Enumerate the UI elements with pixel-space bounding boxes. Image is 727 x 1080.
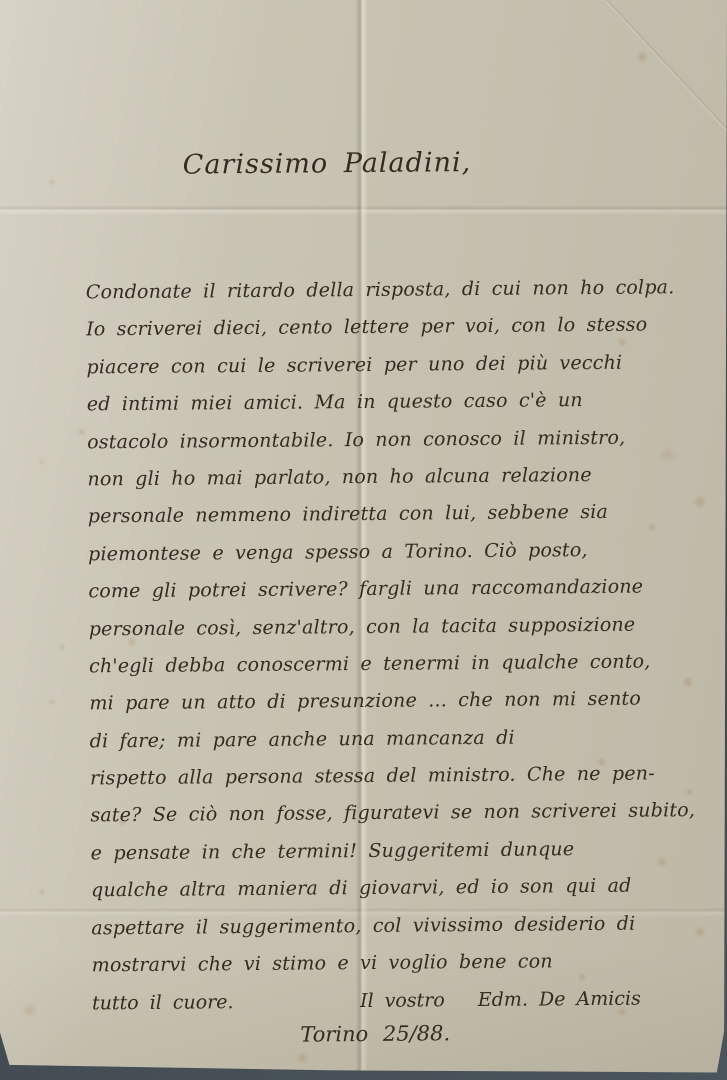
letter-line: personale nemmeno indiretta con lui, seb… <box>88 493 704 536</box>
letter-line: piemontese e venga spesso a Torino. Ciò … <box>88 531 704 574</box>
letter-line: aspettare il suggerimento, col vivissimo… <box>91 905 707 948</box>
letter-line: piacere con cui le scriverei per uno dei… <box>86 344 702 387</box>
letter-line: e pensate in che termini! Suggeritemi du… <box>91 830 707 873</box>
handwritten-letter: Carissimo Paladini, Condonate il ritardo… <box>0 0 727 1080</box>
letter-line: mostrarvi che vi stimo e vi voglio bene … <box>92 942 708 985</box>
letter-line: come gli potrei scrivere? fargli una rac… <box>88 568 704 611</box>
letter-line: non gli ho mai parlato, non ho alcuna re… <box>87 456 703 499</box>
letter-line: Condonate il ritardo della risposta, di … <box>86 269 702 312</box>
signature: Il vostro Edm. De Amicis <box>360 981 641 1020</box>
letter-line: sate? Se ciò non fosse, figuratevi se no… <box>90 792 706 835</box>
place-and-date: Torino 25/88. <box>300 1021 450 1046</box>
salutation: Carissimo Paladini, <box>183 147 472 181</box>
letter-line: ch'egli debba conoscermi e tenermi in qu… <box>89 643 705 686</box>
letter-line: Io scriverei dieci, cento lettere per vo… <box>86 306 702 349</box>
letter-line: ed intimi miei amici. Ma in questo caso … <box>87 381 703 424</box>
closing-text: tutto il cuore. <box>92 991 234 1014</box>
letter-line: rispetto alla persona stessa del ministr… <box>90 755 706 798</box>
letter-photograph: Carissimo Paladini, Condonate il ritardo… <box>0 0 727 1080</box>
closing-row: tutto il cuore. Il vostro Edm. De Amicis <box>92 980 708 1022</box>
letter-line: mi pare un atto di presunzione ... che n… <box>89 680 705 723</box>
letter-line: di fare; mi pare anche una mancanza di <box>90 718 706 761</box>
letter-body: Condonate il ritardo della risposta, di … <box>86 269 708 985</box>
letter-line: ostacolo insormontabile. Io non conosco … <box>87 419 703 462</box>
letter-line: qualche altra maniera di giovarvi, ed io… <box>91 867 707 910</box>
letter-line: personale così, senz'altro, con la tacit… <box>89 606 705 649</box>
